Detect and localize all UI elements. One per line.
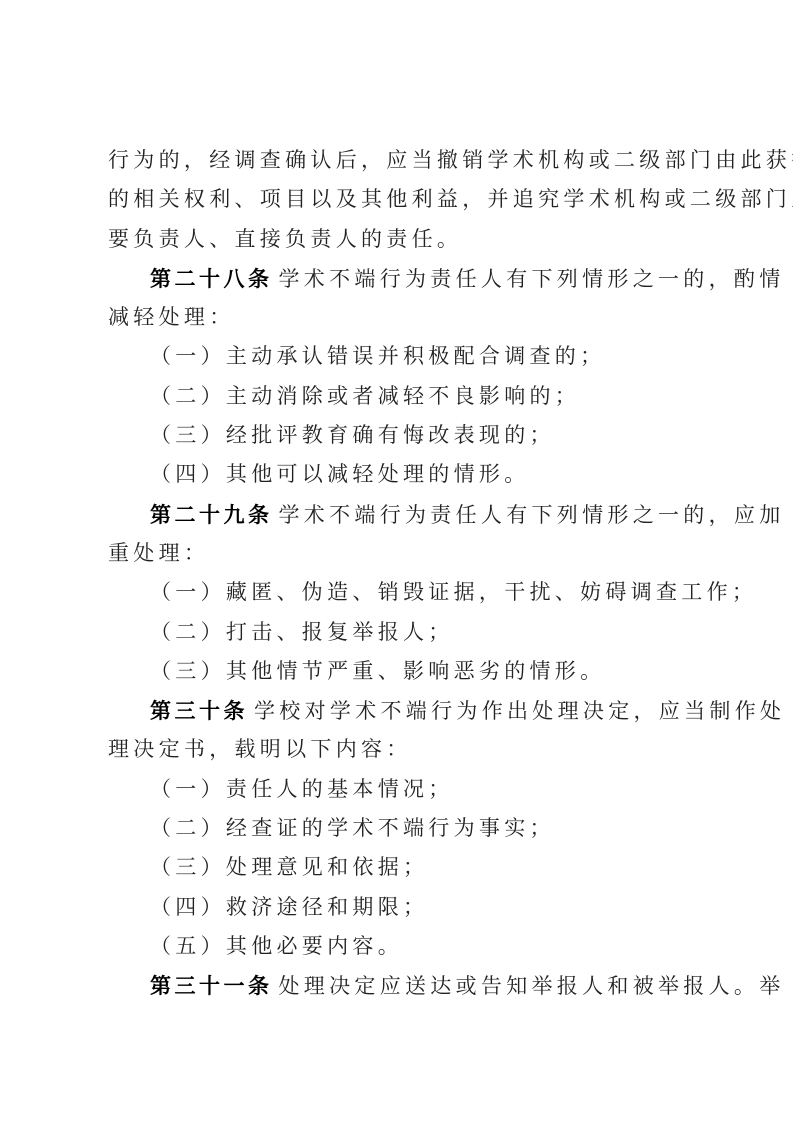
article-heading-line: 第二十九条学术不端行为责任人有下列情形之一的，应加 — [108, 495, 698, 534]
list-item: （一）藏匿、伪造、销毁证据，干扰、妨碍调查工作； — [108, 573, 698, 612]
list-item: （一）责任人的基本情况； — [108, 770, 698, 809]
list-item: （四）救济途径和期限； — [108, 888, 698, 927]
article-heading-line: 第三十一条处理决定应送达或告知举报人和被举报人。举 — [108, 966, 698, 1005]
article-text: 学术不端行为责任人有下列情形之一的，应加 — [279, 503, 785, 527]
article-30: 第三十条学校对学术不端行为作出处理决定，应当制作处 理决定书，载明以下内容： （… — [108, 691, 698, 966]
list-item: （三）经批评教育确有悔改表现的； — [108, 416, 698, 455]
list-item: （一）主动承认错误并积极配合调查的； — [108, 337, 698, 376]
article-continuation-line: 重处理： — [108, 534, 698, 573]
list-item: （三）处理意见和依据； — [108, 848, 698, 887]
paragraph-line: 的相关权利、项目以及其他利益，并追究学术机构或二级部门主 — [108, 180, 698, 219]
article-heading-line: 第二十八条学术不端行为责任人有下列情形之一的，酌情 — [108, 259, 698, 298]
continuation-paragraph: 行为的，经调查确认后，应当撤销学术机构或二级部门由此获得 的相关权利、项目以及其… — [108, 141, 698, 259]
list-item: （二）打击、报复举报人； — [108, 613, 698, 652]
paragraph-line: 要负责人、直接负责人的责任。 — [108, 220, 698, 259]
list-item: （五）其他必要内容。 — [108, 927, 698, 966]
article-continuation-line: 理决定书，载明以下内容： — [108, 730, 698, 769]
article-heading-line: 第三十条学校对学术不端行为作出处理决定，应当制作处 — [108, 691, 698, 730]
document-page: 行为的，经调查确认后，应当撤销学术机构或二级部门由此获得 的相关权利、项目以及其… — [108, 141, 698, 1006]
article-28: 第二十八条学术不端行为责任人有下列情形之一的，酌情 减轻处理： （一）主动承认错… — [108, 259, 698, 495]
paragraph-line: 行为的，经调查确认后，应当撤销学术机构或二级部门由此获得 — [108, 141, 698, 180]
article-text: 学校对学术不端行为作出处理决定，应当制作处 — [254, 699, 785, 723]
article-label: 第三十一条 — [150, 973, 273, 998]
list-item: （二）主动消除或者减轻不良影响的； — [108, 377, 698, 416]
list-item: （四）其他可以减轻处理的情形。 — [108, 455, 698, 494]
article-29: 第二十九条学术不端行为责任人有下列情形之一的，应加 重处理： （一）藏匿、伪造、… — [108, 495, 698, 691]
article-31: 第三十一条处理决定应送达或告知举报人和被举报人。举 — [108, 966, 698, 1005]
article-label: 第二十九条 — [150, 502, 273, 527]
article-continuation-line: 减轻处理： — [108, 298, 698, 337]
article-text: 学术不端行为责任人有下列情形之一的，酌情 — [279, 267, 785, 291]
list-item: （二）经查证的学术不端行为事实； — [108, 809, 698, 848]
article-label: 第三十条 — [150, 698, 248, 723]
article-label: 第二十八条 — [150, 266, 273, 291]
article-text: 处理决定应送达或告知举报人和被举报人。举 — [279, 974, 785, 998]
list-item: （三）其他情节严重、影响恶劣的情形。 — [108, 652, 698, 691]
